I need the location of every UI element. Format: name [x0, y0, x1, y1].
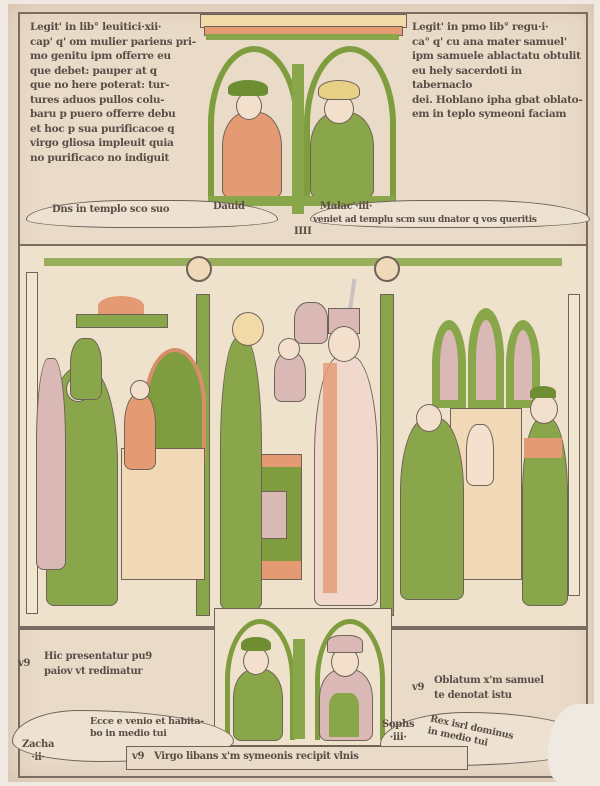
- prophet-label-zechariah: Zacha ·ii·: [22, 738, 54, 764]
- figure-attendant-1: [36, 358, 66, 570]
- zechariah-hat: [241, 637, 271, 651]
- simeon-head: [328, 326, 360, 362]
- bottom-left-prefix: v9: [18, 658, 30, 669]
- priest-right-robe-band: [524, 438, 562, 458]
- david-head: [236, 92, 262, 120]
- bottom-pillar: [293, 639, 305, 739]
- prophet-arcade: [200, 14, 405, 224]
- priest-right-hat: [530, 386, 556, 398]
- mother-right-head: [416, 404, 442, 432]
- arcade-cornice-green: [206, 34, 399, 40]
- figure-attendant-2: [70, 338, 102, 400]
- arcade-pillar: [292, 64, 304, 214]
- banner-right-text: veniet ad templu scm suu dnator q vos qu…: [313, 215, 537, 225]
- figure-child-right: [466, 424, 494, 486]
- bottom-right-prefix: v9: [412, 682, 424, 693]
- samuel-head: [130, 380, 150, 400]
- woodcut-page: Legit' in lib° leuitici·xii· cap' q' om …: [8, 4, 594, 782]
- figure-malachi: [310, 112, 374, 198]
- canopy: [76, 296, 166, 332]
- top-right-text: Legit' in pmo lib° regu·i· ca° q' cu ana…: [412, 20, 584, 122]
- figure-child-samuel: [124, 394, 156, 470]
- prophet-label-zephaniah: Sophs ·iii·: [382, 718, 414, 744]
- figure-mary: [220, 338, 262, 610]
- zephaniah-robe: [329, 693, 359, 737]
- scene-left: [36, 268, 196, 614]
- triple-windows: [432, 308, 540, 408]
- column-center-right: [380, 294, 394, 616]
- prophet-label-david: Dauid: [213, 201, 245, 212]
- david-hat: [228, 80, 268, 96]
- bottom-prophet-arcade: [214, 608, 392, 746]
- figure-david: [222, 112, 282, 198]
- zechariah-head: [243, 647, 269, 675]
- figure-simeon: [314, 356, 378, 606]
- prophet-label-malachi: Malac'·iii·: [320, 201, 372, 212]
- banner-left-text: Dns in templo sco suo: [52, 204, 169, 215]
- bottom-left-text: Hic presentatur pu9 paiov vt redimatur: [44, 650, 152, 679]
- bottom-caption-text: Virgo libans x'm symeonis recipit vlnis: [154, 751, 359, 762]
- malachi-turban: [318, 80, 360, 100]
- figure-zechariah: [233, 669, 283, 741]
- zephaniah-hat: [327, 635, 363, 653]
- figure-mother-right: [400, 418, 464, 600]
- bottom-right-text: Oblatum x'm samuel te denotat istu: [434, 674, 544, 703]
- top-left-text: Legit' in lib° leuitici·xii· cap' q' om …: [30, 20, 205, 165]
- scene-center: [210, 268, 378, 614]
- figure-attendant-center: [294, 302, 328, 344]
- sheet-number: IIII: [294, 226, 312, 237]
- scene-right: [394, 268, 566, 614]
- bottom-banner-left-text: Ecce e venio et habita- bo in medio tui: [90, 716, 204, 740]
- bottom-caption-prefix: v9: [132, 751, 144, 762]
- lintel: [44, 258, 562, 266]
- mary-head-halo: [232, 312, 264, 346]
- column-far-right: [568, 294, 580, 596]
- priest-right-head: [530, 394, 558, 424]
